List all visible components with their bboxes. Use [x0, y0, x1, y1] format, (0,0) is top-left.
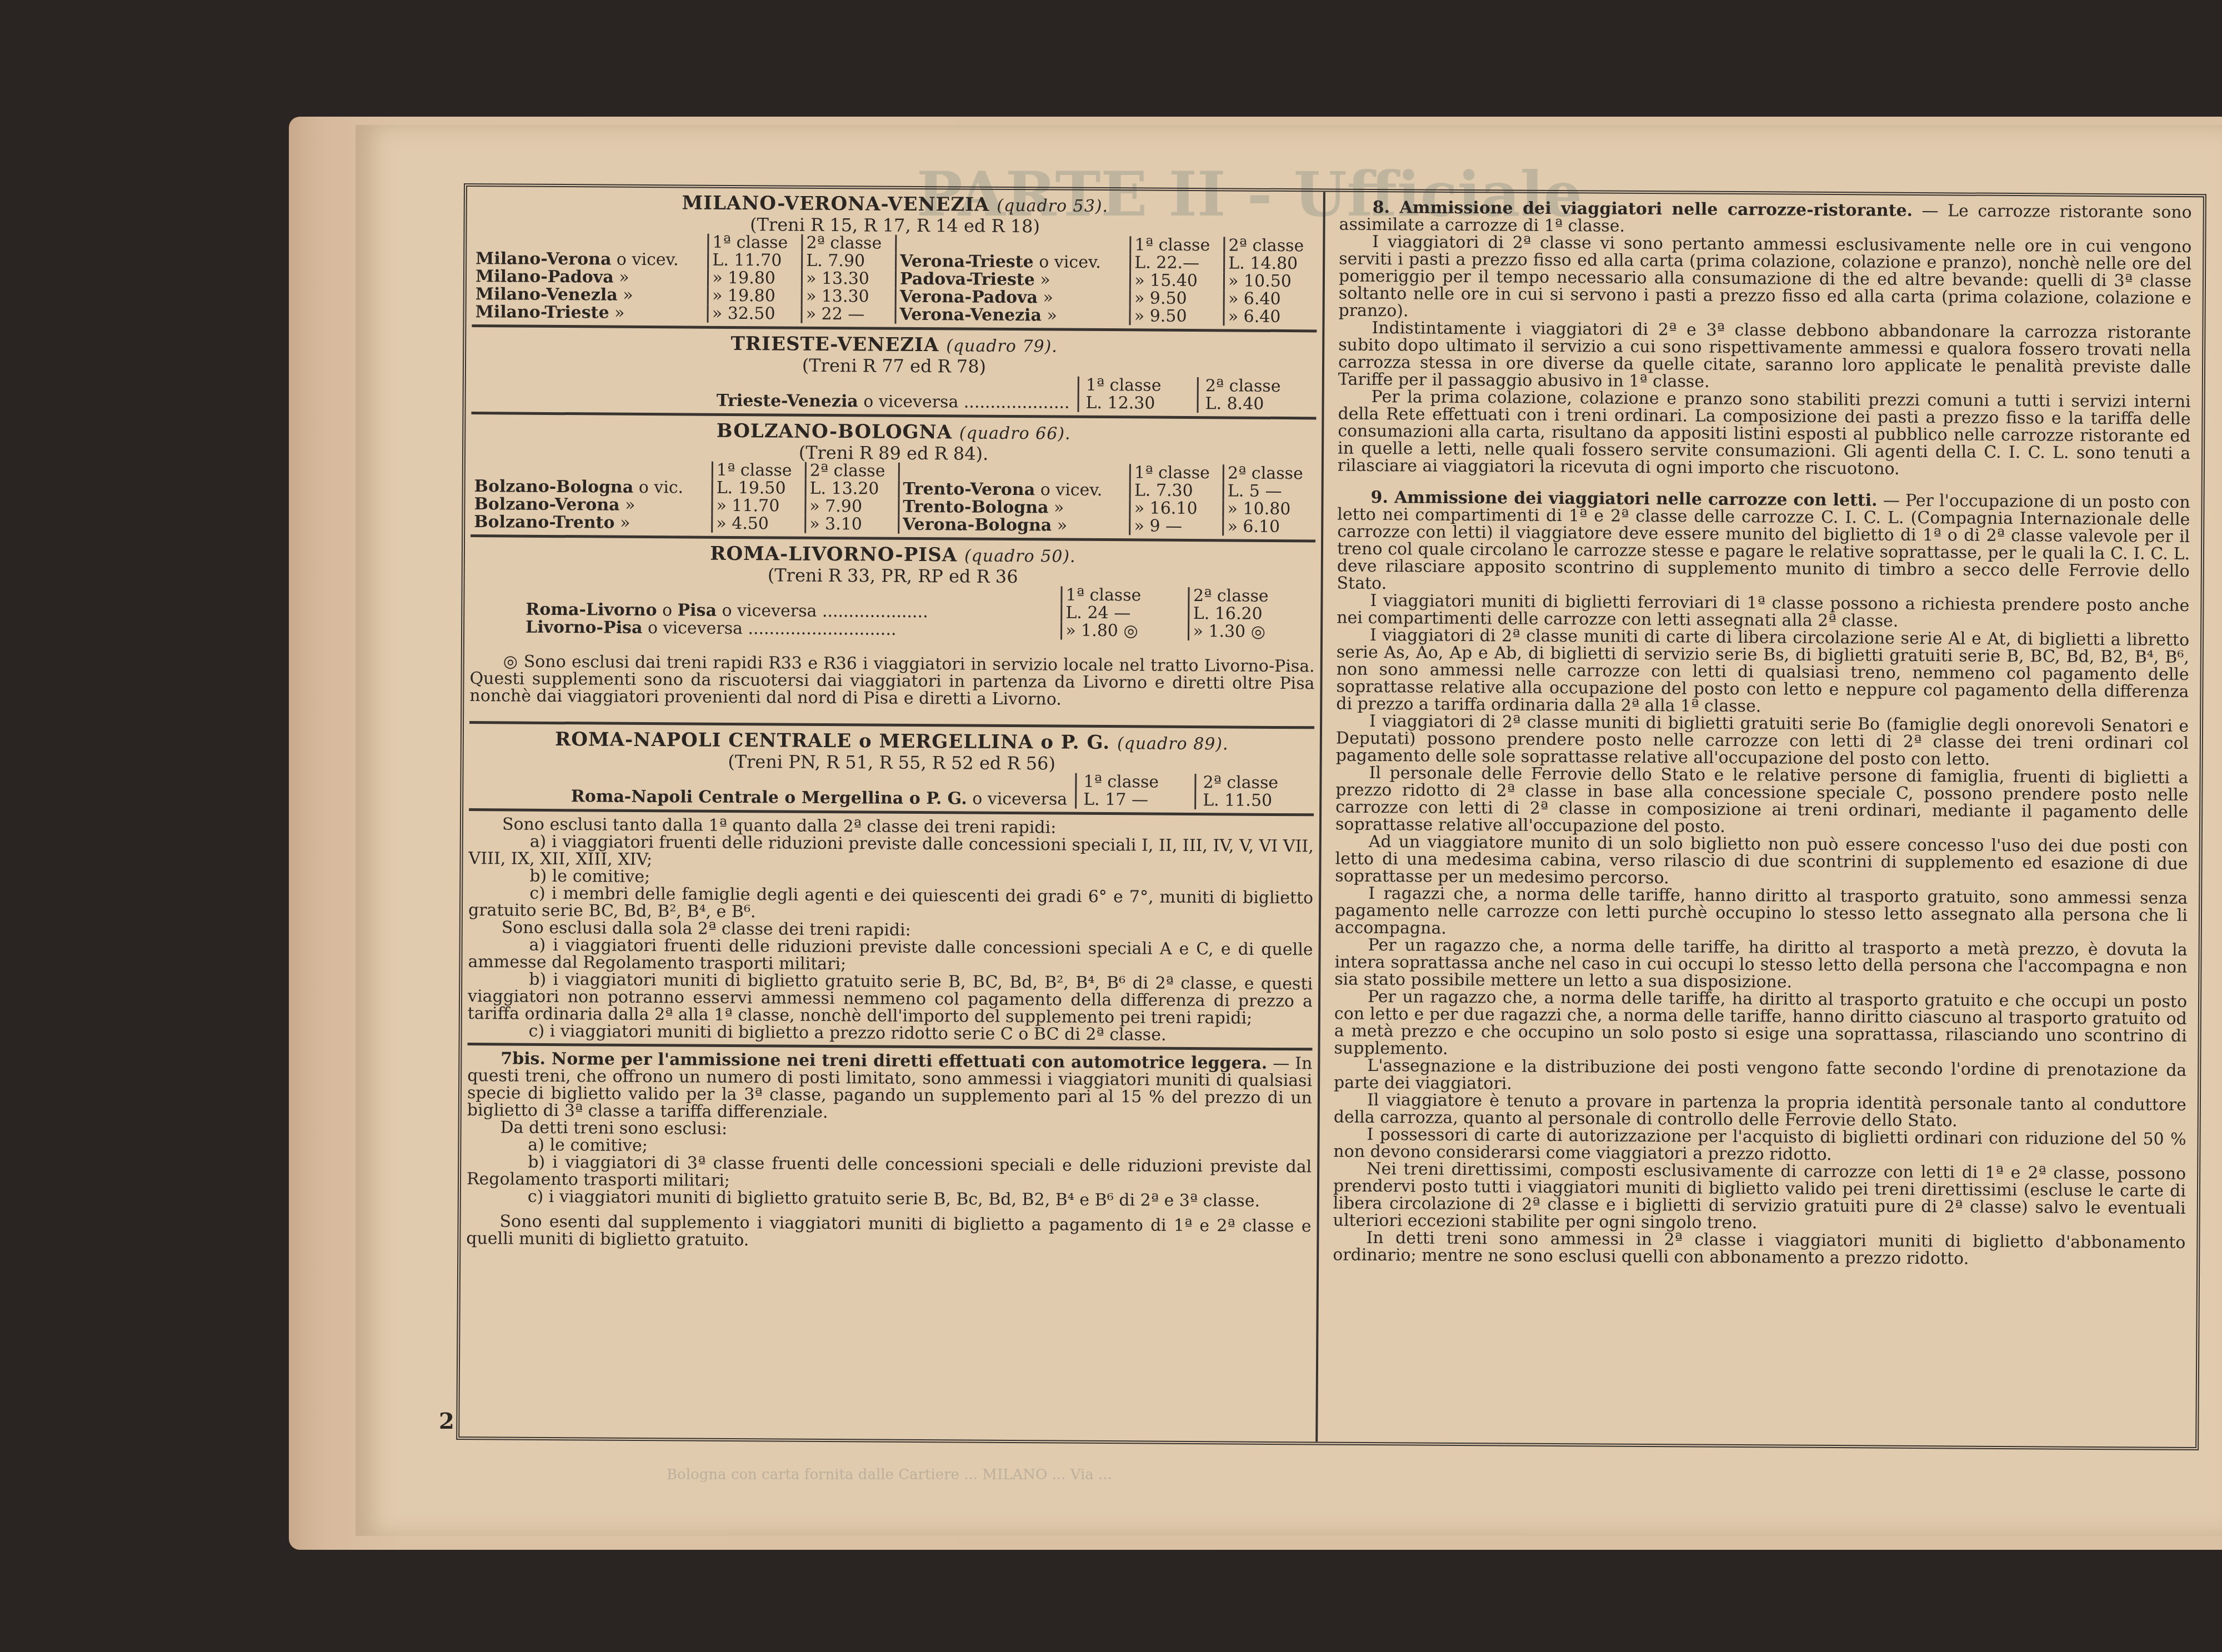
fare-2nd: L. 13.20 [805, 480, 899, 498]
class2-header: 2ª classe [1205, 377, 1317, 396]
route-suffix: o viceversa [972, 789, 1067, 809]
class1-header: 1ª classe [1062, 587, 1189, 605]
divider [471, 534, 1315, 542]
route-name: Livorno-Pisa [526, 618, 643, 638]
fare-1st: L. 12.30 [1086, 394, 1197, 413]
class1-header: 1ª classe [712, 462, 805, 480]
section-roma-napoli: ROMA-NAPOLI CENTRALE o MERGELLINA o P. G… [469, 728, 1314, 816]
route-suffix: » [614, 303, 625, 323]
section-title: ROMA-NAPOLI CENTRALE o MERGELLINA o P. G… [555, 728, 1110, 754]
table-row: Roma-Napoli Centrale o Mergellina o P. G… [469, 769, 1314, 810]
paragraph: Indistintamente i viaggiatori di 2ª e 3ª… [1338, 319, 2191, 393]
fare-1st: » 32.50 [708, 305, 802, 323]
paragraph: Il personale delle Ferrovie dello Stato … [1335, 764, 2189, 838]
fare-2nd: » 22 — [802, 306, 895, 324]
section-title: BOLZANO-BOLOGNA [717, 420, 952, 444]
class1-header: 1ª classe [1130, 464, 1224, 482]
fare-table: 1ª classe 2ª classe Roma-Livorno o Pisa … [470, 583, 1315, 641]
class1-header: 1ª classe [1130, 236, 1224, 254]
table-row: Trieste-Venezia o viceversa ............… [472, 373, 1317, 413]
route-name: Roma-Livorno [526, 600, 657, 620]
fare-2nd: L. 8.40 [1205, 395, 1317, 413]
paragraph: Sono esenti dal supplemento i viaggiator… [466, 1213, 1311, 1252]
right-column: 8. Ammissione dei viaggiatori nelle carr… [1326, 192, 2198, 1447]
fare-2nd: » 13.30 [802, 270, 896, 288]
route-name: Verona-Trieste [900, 252, 1034, 272]
class1-header: 1ª classe [1083, 773, 1194, 792]
fare-2nd: » 3.10 [805, 515, 899, 534]
fare-2nd: » 1.30 ◎ [1189, 623, 1315, 641]
paragraph: I viaggiatori di 2ª classe muniti di car… [1336, 627, 2189, 718]
fare-2nd: L. 11.50 [1203, 792, 1314, 810]
page-frame: MILANO-VERONA-VENEZIA (quadro 53). (Tren… [456, 183, 2206, 1450]
fare-1st: » 19.80 [708, 269, 802, 288]
route-name: Pisa [678, 600, 717, 620]
route-suffix: o vicev. [617, 250, 679, 270]
footnote: ◎ Sono esclusi dai treni rapidi R33 e R3… [469, 653, 1315, 709]
section-roma-livorno-pisa: ROMA-LIVORNO-PISA (quadro 50). (Treni R … [469, 542, 1315, 729]
fare-2nd: L. 5 — [1223, 482, 1315, 500]
class2-header: 2ª classe [1223, 464, 1315, 483]
route-name: Bolzano-Bologna [474, 477, 634, 497]
fare-1st: L. 24 — [1062, 604, 1189, 623]
route-name: Trento-Verona [903, 479, 1035, 499]
route-connector: o [662, 600, 672, 620]
route-name: Milano-Verona [476, 249, 611, 269]
section-bolzano-bologna: BOLZANO-BOLOGNA (quadro 66). (Treni R 89… [471, 419, 1316, 542]
fare-1st: L. 22.— [1130, 254, 1224, 272]
paragraph: Per la prima colazione, colazione e pran… [1338, 388, 2191, 479]
divider [471, 412, 1316, 419]
fare-1st: L. 19.50 [712, 479, 805, 498]
class1-header: 1ª classe [1086, 377, 1197, 395]
fare-2nd: » 10.80 [1223, 500, 1315, 518]
fare-1st: » 11.70 [712, 497, 805, 515]
fare-2nd: » 13.30 [802, 288, 895, 306]
fare-2nd: » 6.10 [1223, 518, 1315, 536]
paragraph: Nei treni direttissimi, composti esclusi… [1333, 1160, 2186, 1234]
fare-table: 1ª classe 2ª classe 1ª classe 2ª classe … [471, 460, 1316, 536]
quadro-ref: (quadro 89). [1117, 734, 1229, 754]
fare-2nd: » 10.50 [1224, 272, 1317, 291]
fare-1st: » 16.10 [1130, 499, 1223, 518]
list-item: c) i viaggiatori muniti di biglietto gra… [467, 1188, 1312, 1210]
class2-header: 2ª classe [1203, 774, 1314, 792]
quadro-ref: (quadro 79). [946, 336, 1058, 356]
fare-1st: » 9.50 [1130, 307, 1224, 326]
paragraph: I viaggiatori di 2ª classe muniti di big… [1336, 713, 2189, 769]
route-name: Trieste-Venezia [717, 391, 858, 412]
route-suffix: o vicev. [1040, 480, 1103, 500]
fare-1st: » 9.50 [1130, 289, 1224, 308]
paragraph: I ragazzi che, a norma delle tariffe, ha… [1335, 885, 2188, 942]
fare-1st: L. 7.30 [1130, 482, 1223, 500]
fare-2nd: L. 7.90 [802, 252, 896, 271]
fare-2nd: L. 16.20 [1189, 605, 1315, 623]
class2-header: 2ª classe [1224, 237, 1317, 255]
section-milano-verona-venezia: MILANO-VERONA-VENEZIA (quadro 53). (Tren… [472, 191, 1317, 332]
quadro-ref: (quadro 66). [959, 423, 1071, 443]
section-8: 8. Ammissione dei viaggiatori nelle carr… [1338, 199, 2192, 479]
quadro-ref: (quadro 53). [997, 196, 1108, 216]
route-suffix: » [1043, 288, 1053, 307]
route-name: Trento-Bologna [903, 497, 1048, 518]
route-name: Roma-Napoli Centrale o Mergellina o P. G… [571, 787, 967, 808]
route-suffix: o viceversa .................... [863, 392, 1069, 412]
route-name: Bolzano-Verona [474, 494, 619, 515]
quadro-ref: (quadro 50). [964, 547, 1076, 567]
route-name: Padova-Trieste [900, 269, 1035, 289]
route-suffix: o viceversa ............................ [648, 618, 897, 639]
bleed-through-footer: Bologna con carta fornita dalle Cartiere… [667, 1466, 1112, 1483]
route-suffix: o vic. [639, 478, 684, 497]
route-suffix: » [1047, 306, 1057, 325]
route-name: Milano-Padova [476, 267, 614, 287]
fare-1st: » 9 — [1130, 517, 1223, 535]
paragraph: Per un ragazzo che, a norma delle tariff… [1334, 937, 2188, 993]
fare-1st: L. 17 — [1083, 791, 1194, 809]
route-suffix: » [625, 495, 635, 515]
section-title: MILANO-VERONA-VENEZIA [682, 192, 989, 216]
paragraph: In detti treni sono ammessi in 2ª classe… [1333, 1229, 2185, 1269]
section-9: 9. Ammissione dei viaggiatori nelle carr… [1333, 489, 2190, 1269]
route-suffix: » [1040, 270, 1050, 289]
exclusions-block: Sono esclusi tanto dalla 1ª quanto dalla… [468, 815, 1314, 1050]
route-name: Verona-Bologna [903, 515, 1052, 535]
fare-2nd: » 7.90 [805, 498, 899, 516]
route-suffix: » [1054, 498, 1064, 517]
route-suffix: o vicev. [1039, 252, 1101, 272]
route-name: Verona-Padova [900, 287, 1038, 308]
fare-1st: » 15.40 [1130, 272, 1224, 290]
fare-table: 1ª classe 2ª classe 1ª classe 2ª classe … [472, 232, 1317, 326]
paragraph: I viaggiatori di 2ª classe vi sono perta… [1339, 233, 2192, 324]
fare-1st: L. 11.70 [708, 252, 802, 270]
fare-1st: » 1.80 ◎ [1062, 622, 1189, 640]
class2-header: 2ª classe [1189, 587, 1315, 605]
route-suffix: » [619, 268, 629, 287]
class1-header: 1ª classe [708, 234, 802, 252]
left-column: MILANO-VERONA-VENEZIA (quadro 53). (Tren… [459, 187, 1325, 1441]
class2-header: 2ª classe [802, 234, 896, 253]
divider [469, 721, 1314, 729]
divider [472, 324, 1317, 332]
paragraph: Ad un viaggiatore munito di un solo bigl… [1335, 833, 2188, 890]
route-name: Milano-Venezla [476, 284, 618, 305]
fare-2nd: » 6.40 [1224, 308, 1317, 326]
route-name: Verona-Venezia [900, 305, 1042, 326]
route-name: Milano-Trieste [475, 302, 609, 322]
section-title: TRIESTE-VENEZIA [730, 333, 939, 356]
page-number: 2 [439, 1408, 454, 1434]
route-suffix: » [620, 513, 630, 533]
route-suffix: » [1057, 516, 1068, 535]
section-title: ROMA-LIVORNO-PISA [710, 543, 957, 567]
fare-2nd: L. 14.80 [1224, 254, 1317, 273]
paragraph: Per un ragazzo che, a norma delle tariff… [1334, 988, 2187, 1062]
fare-1st: » 19.80 [708, 287, 802, 306]
fare-2nd: » 6.40 [1224, 290, 1317, 308]
route-suffix: » [623, 286, 633, 305]
route-name: Bolzano-Trento [474, 512, 614, 533]
list-item: b) i viaggiatori muniti di biglietto gra… [468, 970, 1313, 1027]
class2-header: 2ª classe [805, 462, 899, 480]
section-7bis: 7bis. Norme per l'ammissione nei treni d… [466, 1050, 1312, 1252]
fare-1st: » 4.50 [712, 515, 805, 533]
section-trieste-venezia: TRIESTE-VENEZIA (quadro 79). (Treni R 77… [471, 332, 1317, 419]
